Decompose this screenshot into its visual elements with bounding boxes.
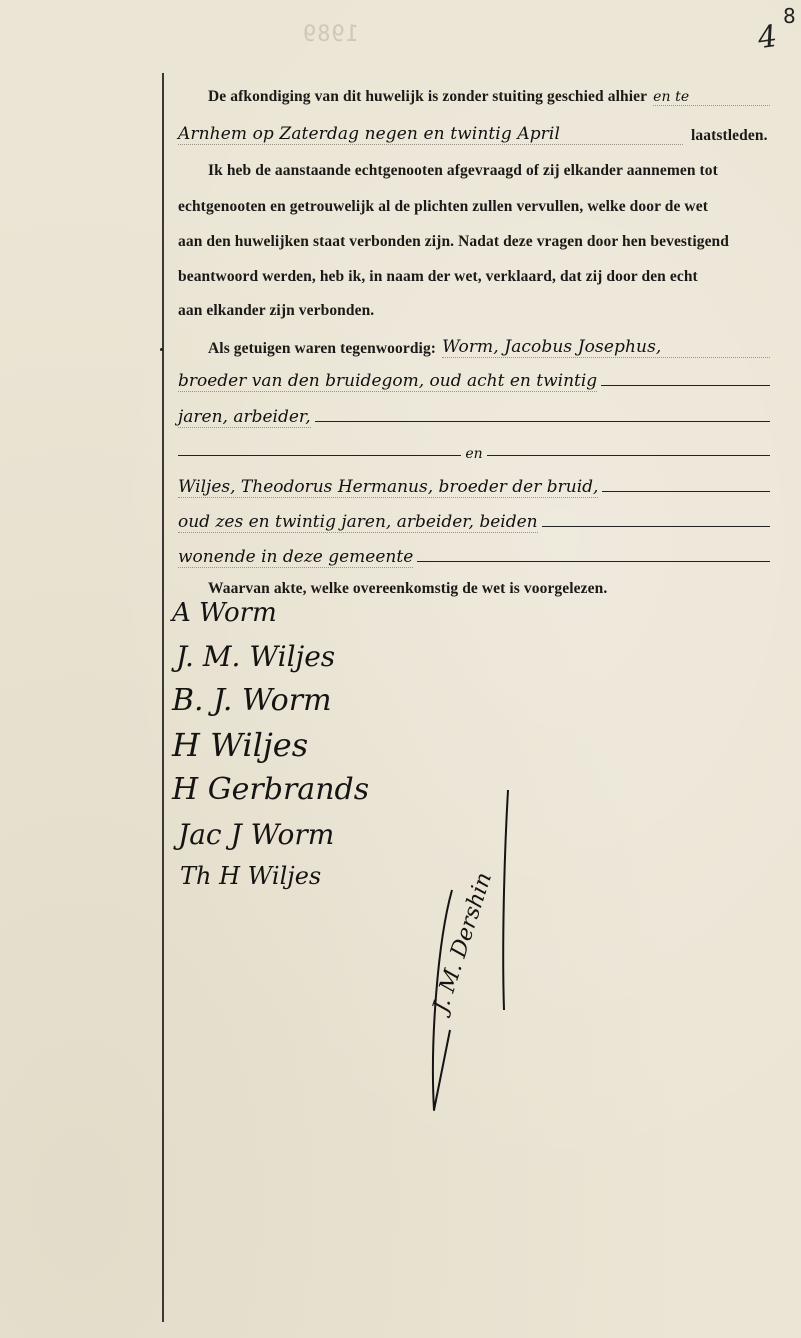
paragraph-2-line-5: aan elkander zijn verbonden. [178, 302, 770, 320]
witness-2-name: Wiljes, Theodorus Hermanus, broeder der … [178, 477, 598, 498]
signature-5: H Gerbrands [172, 772, 369, 807]
paragraph-2-line-1: Ik heb de aanstaande echtgenooten afgevr… [178, 162, 770, 180]
fill-rule [602, 491, 770, 492]
witness-2-line-3: wonende in deze gemeente [178, 542, 770, 568]
fill-rule [417, 561, 770, 562]
witnesses-line-1: Als getuigen waren tegenwoordig: Worm, J… [178, 337, 770, 358]
witness-2-residence: wonende in deze gemeente [178, 547, 413, 568]
paragraph-2-line-2: echtgenooten en getrouwelijk al de plich… [178, 198, 770, 216]
signature-3: B. J. Worm [172, 683, 332, 718]
paragraph-1-line-1: De afkondiging van dit huwelijk is zonde… [178, 88, 770, 106]
paragraph-1-line-2: Arnhem op Zaterdag negen en twintig Apri… [178, 124, 770, 145]
publication-place-handwritten: en te [653, 89, 770, 106]
fill-rule [601, 385, 770, 386]
page-number: 8 [783, 4, 796, 28]
closing-statement: Waarvan akte, welke overeenkomstig de we… [178, 580, 770, 598]
signature-2: J. M. Wiljes [176, 640, 335, 673]
fill-rule [542, 526, 770, 527]
witness-conjunction: en [465, 446, 482, 462]
margin-rule [162, 73, 164, 1322]
paragraph-2-line-3: aan den huwelijken staat verbonden zijn.… [178, 233, 770, 251]
fill-rule [315, 421, 770, 422]
signature-1: A Worm [172, 598, 277, 628]
witness-2-details: oud zes en twintig jaren, arbeider, beid… [178, 512, 538, 533]
fill-rule [178, 455, 461, 456]
witnesses-label: Als getuigen waren tegenwoordig: [208, 340, 436, 358]
fill-rule [487, 455, 770, 456]
witness-2-line-1: Wiljes, Theodorus Hermanus, broeder der … [178, 472, 770, 498]
closing-text: Waarvan akte, welke overeenkomstig de we… [208, 580, 607, 597]
witness-1-line-2: broeder van den bruidegom, oud acht en t… [178, 366, 770, 392]
publication-suffix: laatstleden. [691, 127, 768, 145]
witness-separator-line: en [178, 436, 770, 462]
witness-1-relation: broeder van den bruidegom, oud acht en t… [178, 371, 597, 392]
witness-2-line-2: oud zes en twintig jaren, arbeider, beid… [178, 507, 770, 533]
text-line: Ik heb de aanstaande echtgenooten afgevr… [208, 162, 718, 179]
witness-1-occupation: jaren, arbeider, [178, 407, 311, 428]
publication-text: De afkondiging van dit huwelijk is zonde… [208, 88, 647, 106]
signature-7: Th H Wiljes [180, 862, 321, 890]
signature-4: H Wiljes [172, 726, 308, 764]
bleed-through-number: 1989 [302, 22, 359, 47]
witness-1-line-3: jaren, arbeider, [178, 402, 770, 428]
signature-6: Jac J Worm [178, 818, 334, 851]
paragraph-2-line-4: beantwoord werden, heb ik, in naam der w… [178, 268, 770, 286]
witness-1-name: Worm, Jacobus Josephus, [442, 337, 770, 358]
publication-date-handwritten: Arnhem op Zaterdag negen en twintig Apri… [178, 124, 683, 145]
registrar-signature: J. M. Dershin [420, 780, 520, 1120]
margin-dot [160, 348, 163, 351]
